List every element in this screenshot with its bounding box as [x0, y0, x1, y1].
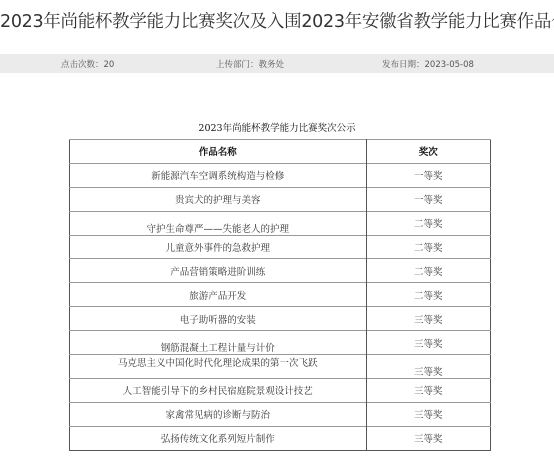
work-name: 马克思主义中国化时代化理论成果的第一次飞跃	[70, 355, 367, 379]
table-row: 家禽常见病的诊断与防治 三等奖	[70, 402, 491, 426]
work-name: 电子助听器的安装	[70, 307, 367, 331]
work-name: 钢筋混凝土工程计量与计价	[70, 331, 367, 355]
work-name: 旅游产品开发	[70, 283, 367, 307]
click-count: 点击次数：20	[61, 58, 114, 70]
work-name: 人工智能引导下的乡村民宿庭院景观设计技艺	[70, 378, 367, 402]
table-row: 钢筋混凝土工程计量与计价 三等奖	[70, 331, 491, 355]
work-name: 儿童意外事件的急救护理	[70, 235, 367, 259]
table-caption: 2023年尚能杯教学能力比赛奖次公示	[0, 120, 554, 134]
table-header-row: 作品名称 奖次	[70, 140, 491, 164]
award-level: 一等奖	[366, 163, 490, 187]
table-row: 人工智能引导下的乡村民宿庭院景观设计技艺 三等奖	[70, 378, 491, 402]
page-title: 2023年尚能杯教学能力比赛奖次及入围2023年安徽省教学能力比赛作品公示	[0, 8, 554, 33]
award-level: 二等奖	[366, 259, 490, 283]
publish-date: 发布日期：2023-05-08	[382, 58, 474, 70]
award-level: 一等奖	[366, 187, 490, 211]
award-level: 二等奖	[366, 283, 490, 307]
award-level: 三等奖	[366, 331, 490, 355]
table-row: 产品营销策略进阶训练 二等奖	[70, 259, 491, 283]
header-award: 奖次	[366, 140, 490, 164]
work-name: 弘扬传统文化系列短片制作	[70, 426, 367, 450]
award-level: 二等奖	[366, 211, 490, 235]
header-work-name: 作品名称	[70, 140, 367, 164]
table-row: 电子助听器的安装 三等奖	[70, 307, 491, 331]
work-name: 贵宾犬的护理与美容	[70, 187, 367, 211]
award-level: 二等奖	[366, 235, 490, 259]
table-row: 弘扬传统文化系列短片制作 三等奖	[70, 426, 491, 450]
table-row: 儿童意外事件的急救护理 二等奖	[70, 235, 491, 259]
award-level: 三等奖	[366, 378, 490, 402]
work-name: 家禽常见病的诊断与防治	[70, 402, 367, 426]
award-level: 三等奖	[366, 307, 490, 331]
work-name: 新能源汽车空调系统构造与检修	[70, 163, 367, 187]
award-level: 三等奖	[366, 426, 490, 450]
table-row: 旅游产品开发 二等奖	[70, 283, 491, 307]
table-row: 守护生命尊严——失能老人的护理 二等奖	[70, 211, 491, 235]
article-info-bar: 点击次数：20 上传部门：教务处 发布日期：2023-05-08	[0, 54, 554, 73]
upload-department: 上传部门：教务处	[216, 58, 284, 70]
table-row: 新能源汽车空调系统构造与检修 一等奖	[70, 163, 491, 187]
table-row: 贵宾犬的护理与美容 一等奖	[70, 187, 491, 211]
awards-table: 作品名称 奖次 新能源汽车空调系统构造与检修 一等奖 贵宾犬的护理与美容 一等奖…	[69, 139, 491, 451]
award-level: 三等奖	[366, 402, 490, 426]
work-name: 守护生命尊严——失能老人的护理	[70, 211, 367, 235]
table-row: 马克思主义中国化时代化理论成果的第一次飞跃 三等奖	[70, 355, 491, 379]
award-level: 三等奖	[366, 355, 490, 379]
work-name: 产品营销策略进阶训练	[70, 259, 367, 283]
